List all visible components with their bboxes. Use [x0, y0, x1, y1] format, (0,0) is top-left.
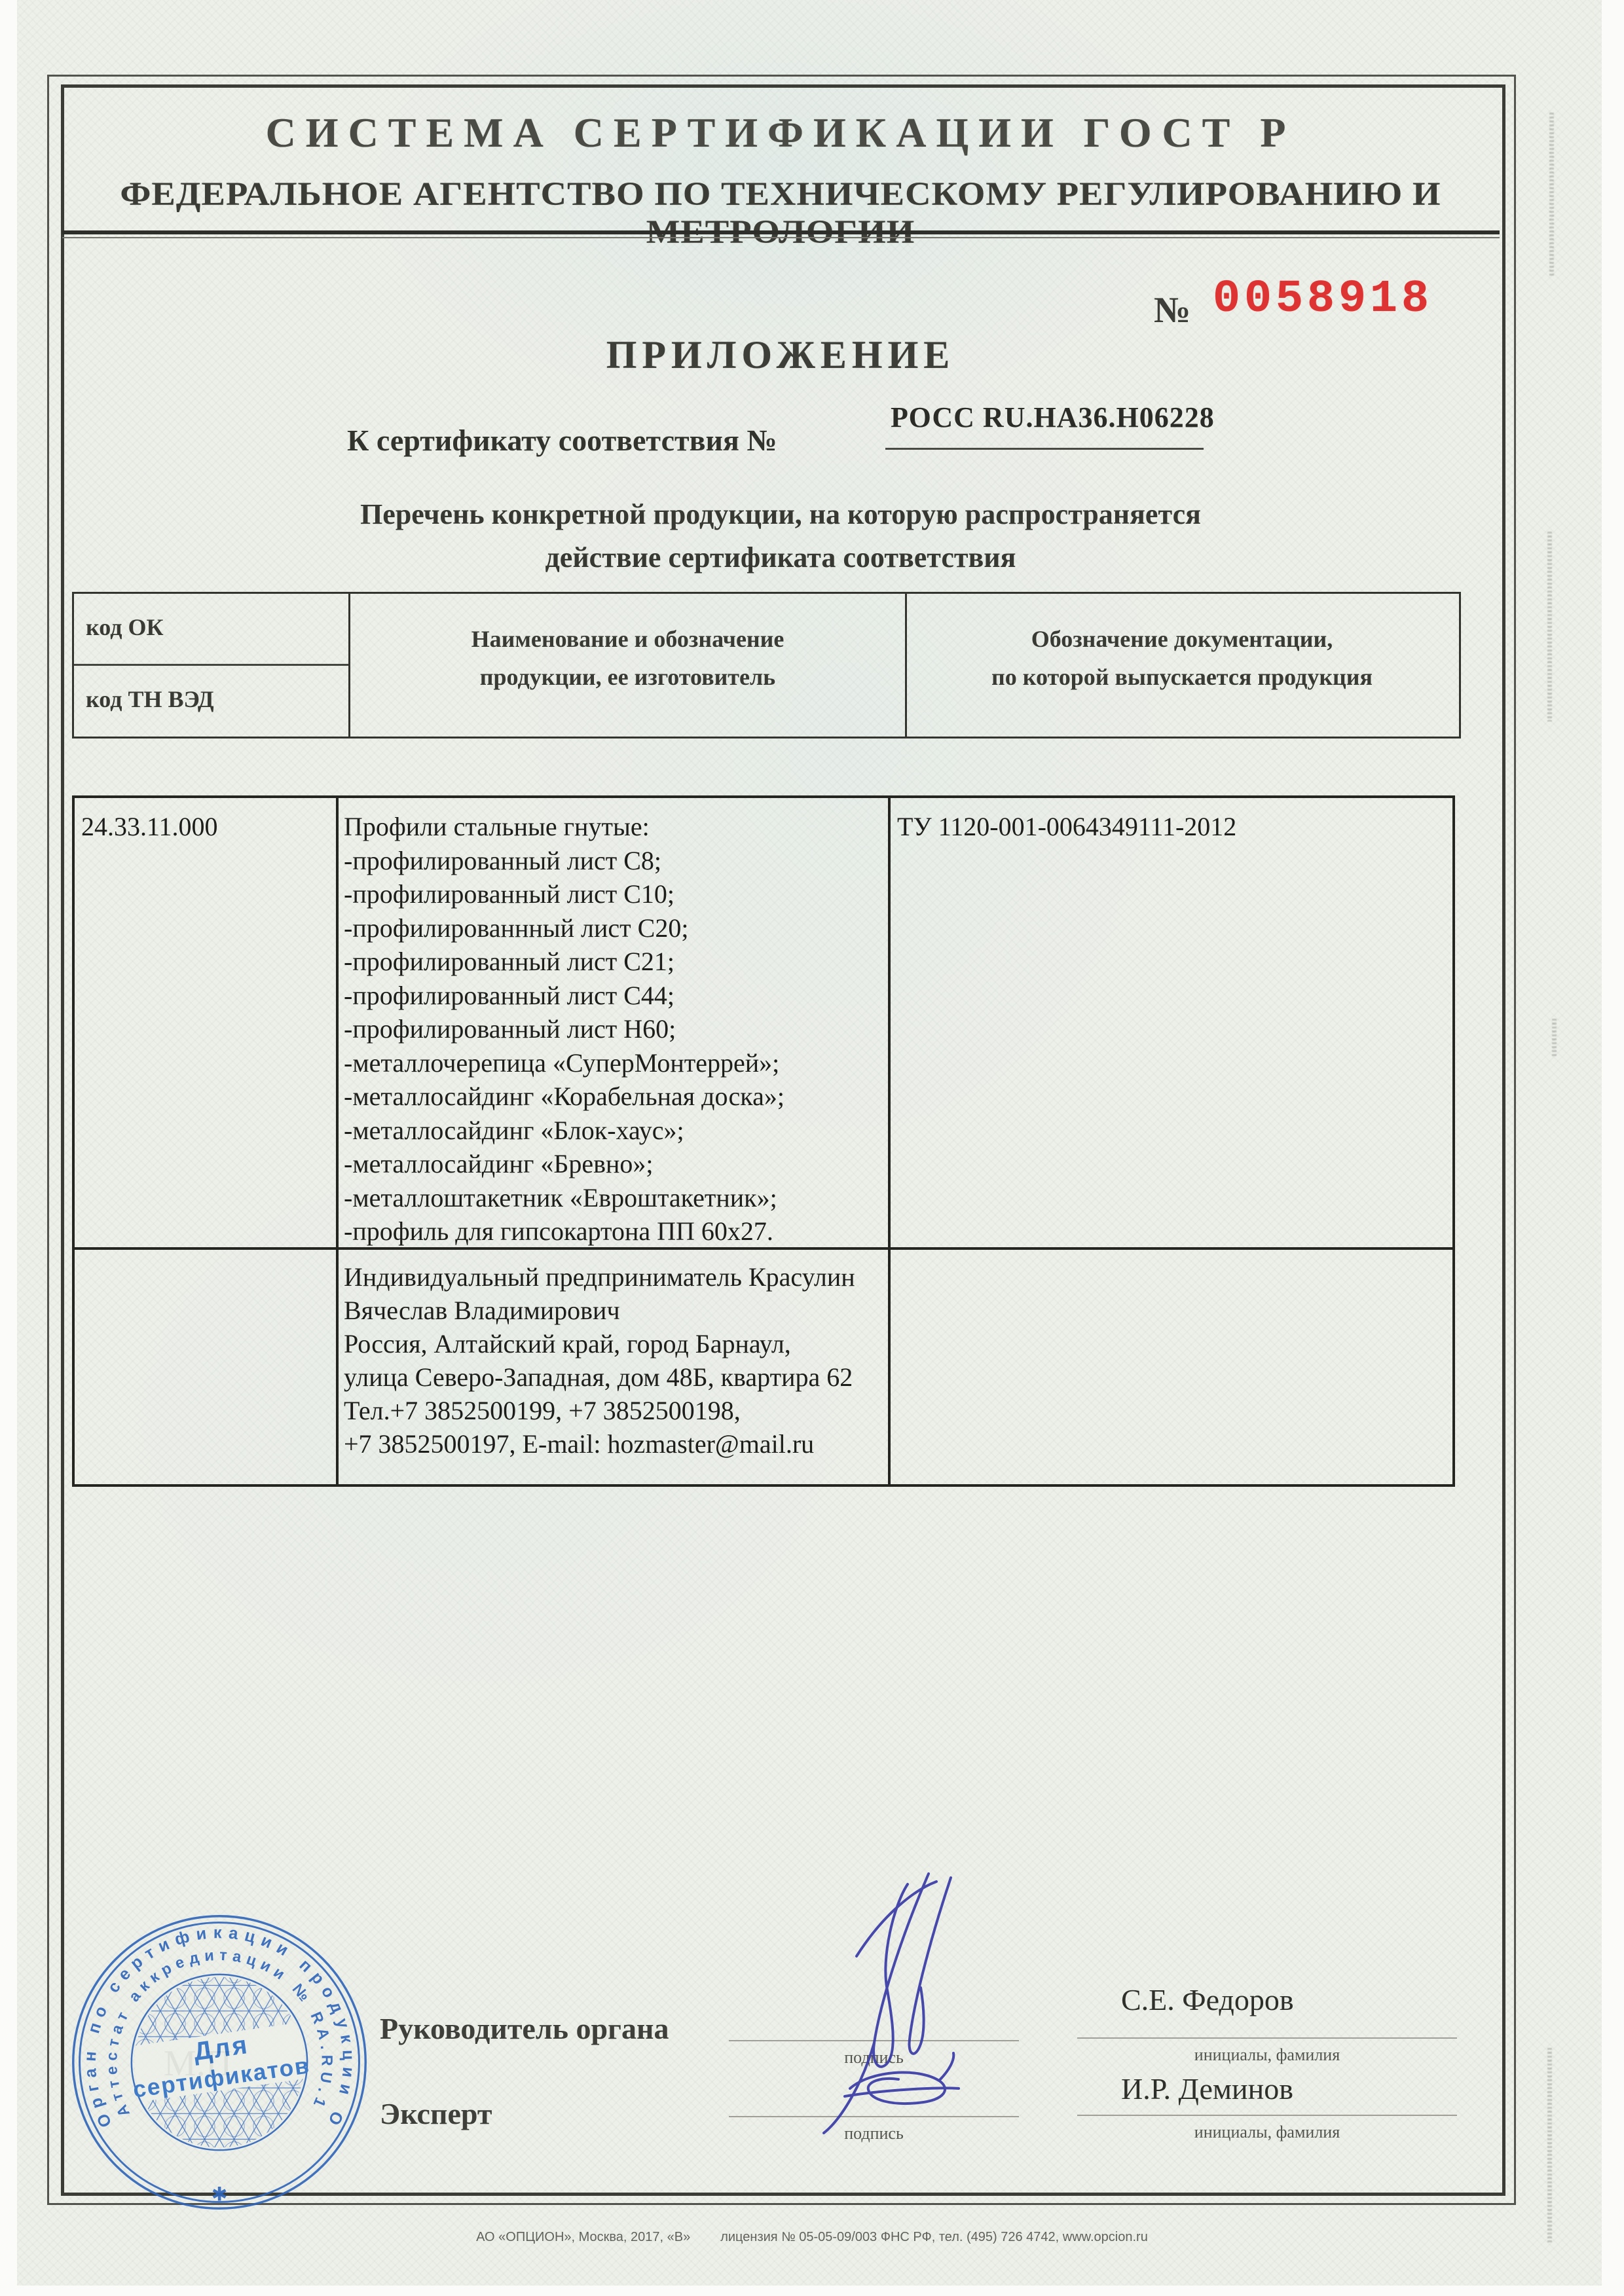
expert-signature-tail: [939, 2053, 953, 2081]
appendix-title: ПРИЛОЖЕНИЕ: [47, 333, 1514, 378]
header-code-tnved: код ТН ВЭД: [86, 685, 214, 713]
manufacturer-info: Индивидуальный предприниматель КрасулинВ…: [344, 1260, 883, 1461]
manufacturer-line: +7 3852500197, E-mail: hozmaster@mail.ru: [344, 1427, 883, 1461]
product-line: -металлоштакетник «Евроштакетник»;: [344, 1181, 883, 1215]
security-microtext-4: [1547, 2048, 1552, 2244]
imprint-license: лицензия № 05-05-09/003 ФНС РФ, тел. (49…: [720, 2230, 1148, 2245]
printer-imprint: АО «ОПЦИОН», Москва, 2017, «В» лицензия …: [0, 2230, 1624, 2245]
header-product-column: Наименование и обозначение продукции, ее…: [350, 620, 905, 696]
imprint-publisher: АО «ОПЦИОН», Москва, 2017, «В»: [476, 2230, 690, 2245]
expert-role-label: Эксперт: [380, 2096, 492, 2131]
product-line: -металлосайдинг «Блок-хаус»;: [344, 1114, 883, 1148]
product-line: -профиль для гипсокартона ПП 60х27.: [344, 1214, 883, 1248]
header-rule: [62, 230, 1500, 234]
header-doc-line1: Обозначение документации,: [907, 620, 1457, 658]
certificate-appendix-page: СИСТЕМА СЕРТИФИКАЦИИ ГОСТ Р ФЕДЕРАЛЬНОЕ …: [0, 0, 1624, 2296]
head-name-line: [1077, 2037, 1457, 2039]
blank-number: 0058918: [1213, 274, 1433, 325]
table-col-divider-2: [888, 798, 891, 1484]
head-name-caption: инициалы, фамилия: [1077, 2045, 1457, 2065]
product-line: -металлочерепица «СуперМонтеррей»;: [344, 1046, 883, 1080]
purpose-line-2: действие сертификата соответствия: [47, 541, 1514, 574]
header-product-line2: продукции, ее изготовитель: [350, 658, 905, 696]
header-rule-echo: [62, 237, 1500, 238]
security-microtext-1: [1549, 113, 1554, 276]
product-line: -металлосайдинг «Корабельная доска»;: [344, 1080, 883, 1114]
manufacturer-line: Тел.+7 3852500199, +7 3852500198,: [344, 1394, 883, 1427]
head-role-label: Руководитель органа: [380, 2011, 669, 2046]
product-list: Профили стальные гнутые:-профилированный…: [344, 810, 883, 1248]
product-line: -профилированный лист Н60;: [344, 1012, 883, 1046]
product-line: Профили стальные гнутые:: [344, 810, 883, 844]
certificate-ref-underline: [885, 448, 1204, 450]
header-doc-line2: по которой выпускается продукция: [907, 658, 1457, 696]
expert-name-line: [1077, 2115, 1457, 2116]
product-table: 24.33.11.000 ТУ 1120-001-0064349111-2012…: [72, 795, 1455, 1487]
ok-code-value: 24.33.11.000: [81, 811, 218, 842]
agency-title: ФЕДЕРАЛЬНОЕ АГЕНТСТВО ПО ТЕХНИЧЕСКОМУ РЕ…: [0, 175, 1565, 251]
header-code-ok: код ОК: [86, 613, 164, 641]
handwritten-signatures: [688, 1859, 1054, 2141]
product-line: -профилированный лист С8;: [344, 844, 883, 878]
certificate-ref-number: РОСС RU.НА36.Н06228: [891, 401, 1215, 434]
security-microtext-2: [1547, 532, 1552, 721]
header-product-line1: Наименование и обозначение: [350, 620, 905, 658]
certificate-ref-label: К сертификату соответствия №: [347, 423, 777, 458]
certification-body-stamp: Для сертификатов Орган по сертификации п…: [65, 1908, 373, 2216]
manufacturer-line: Индивидуальный предприниматель Красулин: [344, 1260, 883, 1294]
manufacturer-line: Россия, Алтайский край, город Барнаул,: [344, 1327, 883, 1360]
header-col1-divider: [74, 664, 348, 666]
stamp-graphic: Для сертификатов Орган по сертификации п…: [65, 1908, 373, 2216]
signature-ink: [688, 1859, 1054, 2141]
product-line: -профилированный лист С10;: [344, 877, 883, 911]
product-line: -профилированный лист С44;: [344, 979, 883, 1013]
header-doc-column: Обозначение документации, по которой вып…: [907, 620, 1457, 696]
manufacturer-line: улица Северо-Западная, дом 48Б, квартира…: [344, 1360, 883, 1394]
doc-designation-value: ТУ 1120-001-0064349111-2012: [897, 811, 1236, 842]
product-line: -профилированный лист С21;: [344, 945, 883, 979]
head-signature-cross: [857, 1882, 936, 1956]
head-name: С.Е. Федоров: [1121, 1982, 1294, 2017]
expert-name: И.Р. Деминов: [1121, 2071, 1293, 2106]
table-col-divider-1: [336, 798, 339, 1484]
security-microtext-3: [1552, 1019, 1557, 1058]
purpose-line-1: Перечень конкретной продукции, на котору…: [47, 498, 1514, 531]
product-line: -профилированнный лист С20;: [344, 911, 883, 945]
expert-name-caption: инициалы, фамилия: [1077, 2123, 1457, 2142]
stamp-star-icon: ✱: [212, 2184, 228, 2206]
product-line: -металлосайдинг «Бревно»;: [344, 1147, 883, 1181]
system-title: СИСТЕМА СЕРТИФИКАЦИИ ГОСТ Р: [47, 109, 1514, 157]
blank-number-label: №: [1154, 289, 1190, 331]
manufacturer-line: Вячеслав Владимирович: [344, 1294, 883, 1327]
table-header-box: код ОК код ТН ВЭД Наименование и обознач…: [72, 592, 1461, 738]
